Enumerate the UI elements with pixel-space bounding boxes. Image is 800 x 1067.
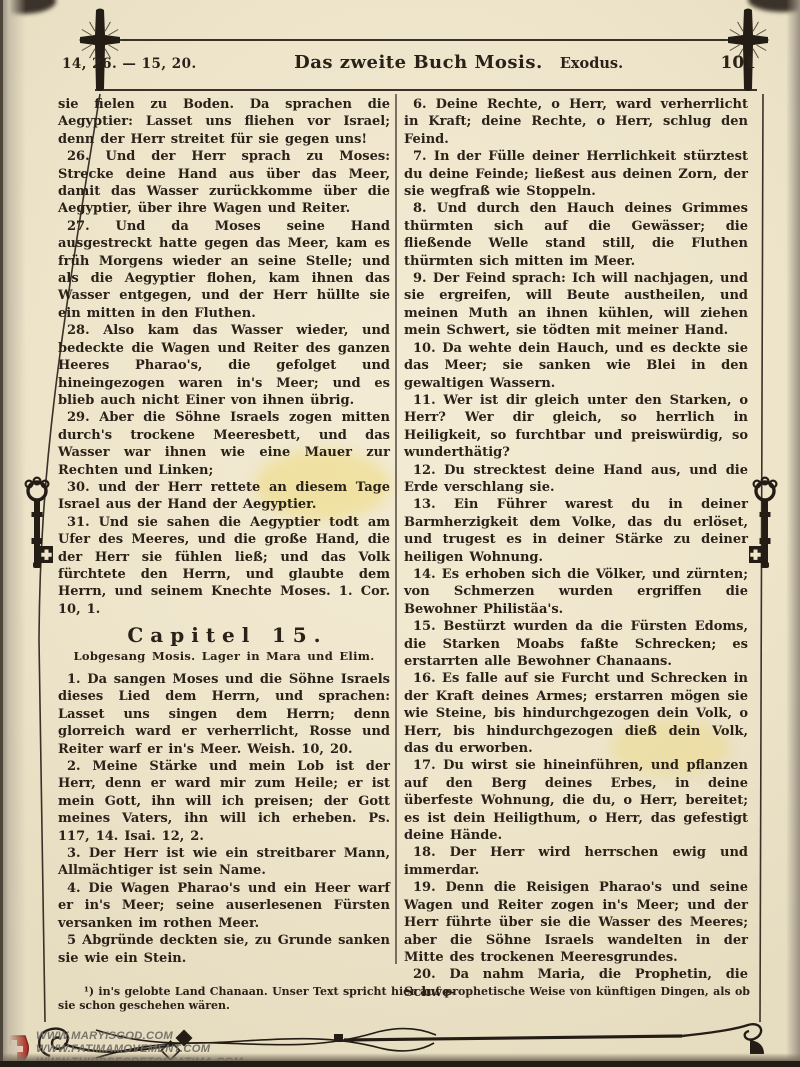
chapter-subheading: Lobgesang Mosis. Lager in Mara und Elim. bbox=[58, 648, 390, 665]
verse-paragraph: 12. Du strecktest deine Hand aus, und di… bbox=[404, 462, 748, 497]
verse-paragraph: 3. Der Herr ist wie ein streitbarer Mann… bbox=[58, 845, 390, 880]
chapter-heading: Capitel 15. bbox=[58, 627, 390, 644]
verse-paragraph: 13. Ein Führer warest du in deiner Barmh… bbox=[404, 496, 748, 566]
verse-paragraph: 27. Und da Moses seine Hand ausgestreckt… bbox=[58, 218, 390, 322]
verse-paragraph: 18. Der Herr wird herrschen ewig und imm… bbox=[404, 844, 748, 879]
verse-paragraph: 17. Du wirst sie hineinführen, und pflan… bbox=[404, 757, 748, 844]
verse-paragraph: 30. und der Herr rettete an diesem Tage … bbox=[58, 479, 390, 514]
book-title: Das zweite Buch Mosis. bbox=[294, 52, 543, 73]
verse-range-reference: 14, 26. — 15, 20. bbox=[62, 56, 197, 72]
verse-paragraph: 26. Und der Herr sprach zu Moses: Streck… bbox=[58, 148, 390, 218]
watermark-url: WWW.MARYISGOD.COM bbox=[36, 1030, 243, 1043]
scan-shadow-bottom bbox=[0, 1053, 800, 1061]
scan-shadow-left bbox=[0, 0, 26, 1067]
book-subtitle: Exodus. bbox=[560, 55, 623, 72]
verse-paragraph: 29. Aber die Söhne Israels zogen mitten … bbox=[58, 409, 390, 479]
verse-paragraph: 6. Deine Rechte, o Herr, ward verherrlic… bbox=[404, 96, 748, 148]
verse-paragraph: 11. Wer ist dir gleich unter den Starken… bbox=[404, 392, 748, 462]
page-number: 101 bbox=[721, 53, 757, 73]
verse-paragraph: 28. Also kam das Wasser wieder, und bede… bbox=[58, 322, 390, 409]
left-text-column: sie fielen zu Boden. Da sprachen die Aeg… bbox=[58, 96, 390, 967]
verse-paragraph: 16. Es falle auf sie Furcht und Schrecke… bbox=[404, 670, 748, 757]
verse-paragraph: 9. Der Feind sprach: Ich will nachjagen,… bbox=[404, 270, 748, 340]
verse-paragraph: 1. Da sangen Moses und die Söhne Israels… bbox=[58, 671, 390, 758]
page-header: 14, 26. — 15, 20. Das zweite Buch Mosis.… bbox=[62, 52, 756, 73]
scan-edge-bottom bbox=[0, 1061, 800, 1067]
verse-paragraph: 14. Es erhoben sich die Völker, und zürn… bbox=[404, 566, 748, 618]
key-icon bbox=[746, 476, 782, 576]
verse-paragraph: 10. Da wehte dein Hauch, und es deckte s… bbox=[404, 340, 748, 392]
verse-paragraph: 2. Meine Stärke und mein Lob ist der Her… bbox=[58, 758, 390, 845]
scan-shadow-right bbox=[786, 0, 800, 1067]
verse-paragraph: 19. Denn die Reisigen Pharao's und seine… bbox=[404, 879, 748, 966]
verse-paragraph: 4. Die Wagen Pharao's und ein Heer warf … bbox=[58, 880, 390, 932]
verse-paragraph: 31. Und sie sahen die Aegyptier todt am … bbox=[58, 514, 390, 618]
running-title: Das zweite Buch Mosis. Exodus. bbox=[197, 52, 721, 73]
verse-paragraph: 7. In der Fülle deiner Herrlichkeit stür… bbox=[404, 148, 748, 200]
scanned-book-page: 14, 26. — 15, 20. Das zweite Buch Mosis.… bbox=[0, 0, 800, 1067]
scan-edge-left bbox=[0, 0, 3, 1067]
verse-paragraph: sie fielen zu Boden. Da sprachen die Aeg… bbox=[58, 96, 390, 148]
verse-paragraph: 8. Und durch den Hauch deines Grimmes th… bbox=[404, 200, 748, 270]
verse-paragraph: 5 Abgründe deckten sie, zu Grunde sanken… bbox=[58, 932, 390, 967]
right-text-column: 6. Deine Rechte, o Herr, ward verherrlic… bbox=[404, 96, 748, 1001]
verse-paragraph: 15. Bestürzt wurden da die Fürsten Edoms… bbox=[404, 618, 748, 670]
footnote: ¹) in's gelobte Land Chanaan. Unser Text… bbox=[58, 985, 750, 1012]
